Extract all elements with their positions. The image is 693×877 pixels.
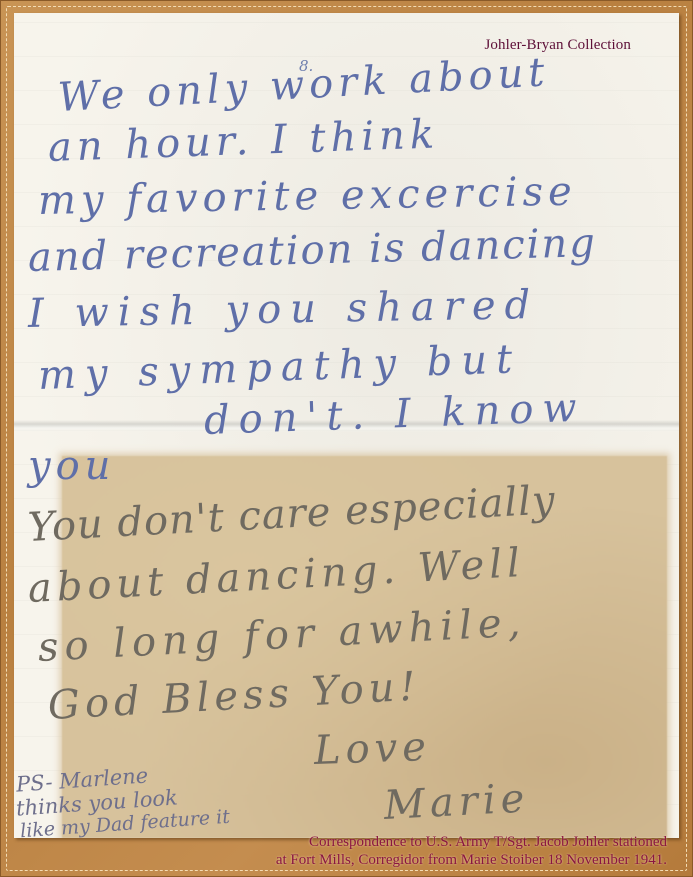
handwritten-signature: Marie — [383, 775, 531, 829]
photo-caption: Correspondence to U.S. Army T/Sgt. Jacob… — [276, 833, 667, 869]
handwritten-line: and recreation is dancing — [27, 220, 597, 281]
caption-line-2: at Fort Mills, Corregidor from Marie Sto… — [276, 851, 667, 869]
leather-frame: Johler-Bryan Collection 8. We only work … — [0, 0, 693, 877]
handwritten-line: an hour. I think — [47, 111, 440, 171]
letter-page: Johler-Bryan Collection 8. We only work … — [14, 13, 679, 838]
handwritten-line: my favorite excercise — [38, 169, 578, 224]
handwritten-line: We only work about — [57, 49, 551, 121]
caption-line-1: Correspondence to U.S. Army T/Sgt. Jacob… — [276, 833, 667, 851]
handwritten-line: so long for awhile, — [37, 599, 528, 671]
handwritten-text: We only work about an hour. I think my f… — [14, 13, 679, 838]
handwritten-line: you — [28, 443, 115, 489]
handwritten-line: God Bless You! — [47, 664, 422, 729]
handwritten-line: about dancing. Well — [27, 540, 526, 612]
handwritten-line: don't. I know — [203, 385, 586, 444]
handwritten-signoff: Love — [313, 724, 431, 774]
handwritten-line: I wish you shared — [28, 282, 540, 337]
